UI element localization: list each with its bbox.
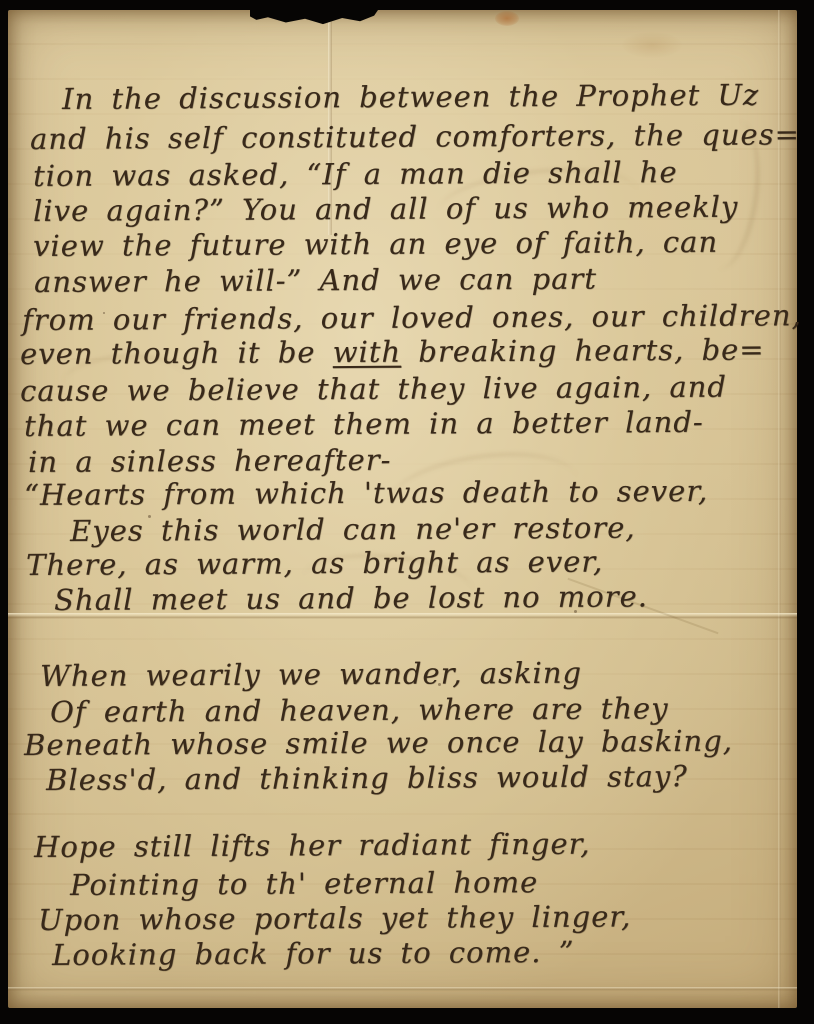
handwritten-line-18: Beneath whose smile we once lay basking, (24, 727, 733, 760)
scan-edge-notch (250, 10, 378, 26)
handwritten-line-1: In the discussion between the Prophet Uz (62, 81, 759, 114)
handwritten-line-10: that we can meet them in a better land- (24, 408, 704, 441)
handwritten-line-13: Eyes this world can ne'er restore, (70, 514, 636, 546)
handwritten-line-21: Pointing to th' eternal home (70, 868, 538, 900)
rust-stain (495, 11, 519, 26)
scan-background: In the discussion between the Prophet Uz… (0, 0, 814, 1024)
handwritten-line-12: “Hearts from which 'twas death to sever, (24, 477, 708, 510)
handwritten-line-9: cause we believe that they live again, a… (20, 373, 727, 406)
handwritten-line-7: from our friends, our loved ones, our ch… (22, 301, 802, 335)
right-fold-crease (778, 10, 781, 1008)
handwritten-line-16: When wearily we wander, asking (40, 659, 582, 691)
handwritten-line-8: even though it be with breaking hearts, … (20, 335, 765, 369)
handwritten-line-11: in a sinless hereafter- (28, 446, 391, 477)
line-8-post: breaking hearts, be= (401, 332, 765, 368)
line-8-pre: even though it be (20, 335, 333, 371)
handwritten-line-2: and his self constituted comforters, the… (30, 120, 800, 154)
letter-page: In the discussion between the Prophet Uz… (8, 10, 797, 1008)
handwritten-line-22: Upon whose portals yet they linger, (38, 902, 631, 935)
handwritten-line-23: Looking back for us to come. ” (52, 938, 575, 970)
handwritten-line-5: view the future with an eye of faith, ca… (33, 228, 718, 261)
bottom-crease (8, 987, 797, 991)
handwritten-line-19: Bless'd, and thinking bliss would stay? (46, 762, 688, 795)
faint-stain (622, 32, 682, 58)
handwritten-line-4: live again?” You and all of us who meekl… (33, 193, 738, 226)
handwritten-line-17: Of earth and heaven, where are they (50, 694, 669, 727)
handwritten-line-15: Shall meet us and be lost no more. (54, 582, 648, 615)
handwritten-line-3: tion was asked, “If a man die shall he (33, 158, 678, 191)
handwritten-line-20: Hope still lifts her radiant finger, (34, 830, 591, 862)
handwritten-line-14: There, as warm, as bright as ever, (26, 547, 603, 580)
handwritten-line-6: answer he will-” And we can part (34, 265, 597, 297)
line-8-underlined-word: with (333, 335, 402, 369)
